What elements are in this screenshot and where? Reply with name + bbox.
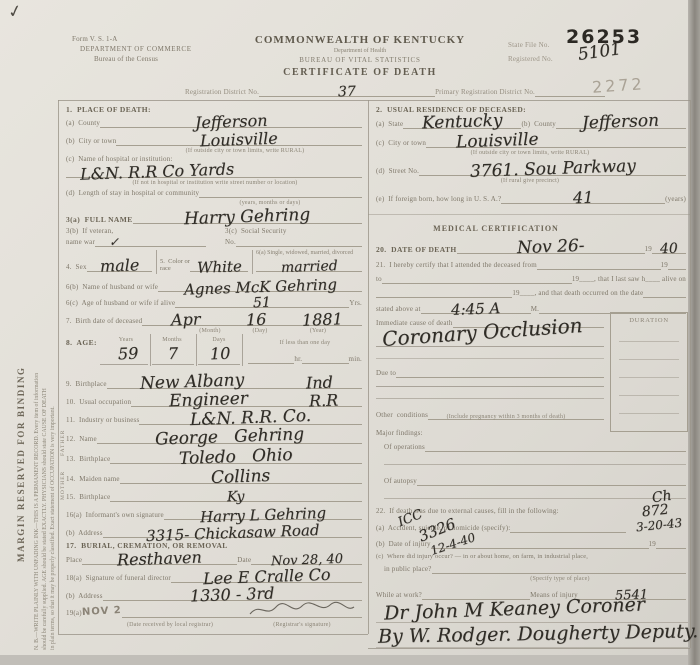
field-funeral-director: 18(a) Signature of funeral director Lee … (66, 566, 362, 583)
informant-address-label: (b) Address (66, 530, 103, 538)
registrar-signature-scribble (246, 598, 358, 620)
field-industry: 11. Industry or business L&N. R.R. Co. (66, 408, 362, 425)
color-label1: 5. Color or (160, 258, 190, 265)
field-occupation: 10. Usual occupation Engineer R.R (66, 390, 362, 407)
certify-text4: stated above at (376, 306, 421, 314)
field-operations: Of operations (384, 440, 686, 452)
reg-district-value: 37 (338, 87, 356, 99)
sex-value: male (99, 260, 139, 274)
field-city: (b) City or town Louisville (66, 130, 362, 146)
year-caption: (Year) (300, 328, 336, 334)
dept-commerce: DEPARTMENT OF COMMERCE (80, 46, 192, 54)
state-file-label: State File No. (508, 42, 550, 50)
field-autopsy: Of autopsy (384, 474, 686, 486)
occupation-label: 10. Usual occupation (66, 399, 131, 407)
medical-certification-title: MEDICAL CERTIFICATION (376, 224, 616, 233)
dod-19: 19 (645, 246, 652, 254)
file-number-handwritten: 5101 (577, 43, 622, 62)
city-value: Louisville (200, 133, 278, 149)
city-label: (b) City or town (66, 138, 116, 146)
field-mother-birthplace: 15. Birthplace Ky (66, 486, 362, 502)
father-bp-label: 13. Birthplace (66, 456, 110, 464)
hospital-value: L&N. R.R Co Yards (80, 164, 235, 182)
field-foreign-born: (e) If foreign born, how long in U. S. A… (376, 188, 686, 204)
dod-label: 20. DATE OF DEATH (376, 245, 457, 254)
spouse-age-label: 6(c) Age of husband or wife if alive (66, 300, 175, 308)
birth-day-value: 16 (246, 314, 267, 327)
field-marital: married (256, 258, 362, 272)
certify-text1: 21. I hereby certify that I attended the… (376, 262, 537, 270)
mother-bp-value: Ky (227, 492, 245, 504)
foreign-caption: (years) (665, 196, 686, 204)
birthdate-label: 7. Birth date of deceased (66, 318, 142, 326)
field-due-to: Due to (376, 366, 604, 378)
dod-year-value: 40 (660, 244, 678, 256)
color-value: White (196, 260, 241, 274)
informant-label: 16(a) Informant's own signature (66, 512, 164, 520)
birth-year-value: 1881 (302, 313, 343, 327)
operations-label: Of operations (384, 444, 425, 452)
injury-19: 19 (649, 541, 656, 549)
mother-bp-label: 15. Birthplace (66, 494, 110, 502)
res-city-value: Louisville (456, 134, 539, 150)
res-street-label: (d) Street No. (376, 168, 419, 176)
registered-no-label: Registered No. (508, 56, 553, 64)
res-street-value: 3761. Sou Parkway (469, 161, 635, 180)
received-caption: (Date received by local registrar) (100, 622, 240, 628)
dept-health: Department of Health (240, 48, 480, 54)
registration-line: Registration District No. 37 Primary Reg… (185, 84, 605, 97)
funeral-director-label: 18(a) Signature of funeral director (66, 575, 171, 583)
injury-date-label: (b) Date of injury (376, 541, 431, 549)
res-state-value: Kentucky (422, 115, 503, 131)
veteran-label2: name war (66, 239, 95, 247)
certify-text2: 19____, that I last saw h____ alive on (572, 276, 686, 284)
mother-name-label: 14. Maiden name (66, 476, 120, 484)
primary-district-label: Primary Registration District No. (435, 89, 535, 97)
form-number: Form V. S. 1-A (72, 36, 118, 44)
stay-label: (d) Length of stay in hospital or commun… (66, 190, 199, 198)
certify-line1: 21. I hereby certify that I attended the… (376, 258, 686, 270)
bureau-census: Bureau of the Census (94, 56, 158, 64)
major-findings-label: Major findings: (376, 430, 423, 438)
age-hr-label: hr. (294, 356, 302, 364)
dod-value: Nov 26- (517, 240, 585, 256)
color-label2: race (160, 265, 190, 272)
director-address-label: (b) Address (66, 593, 103, 601)
reg-district-label: Registration District No. (185, 89, 259, 97)
field-informant: 16(a) Informant's own signature Harry L … (66, 504, 362, 520)
autopsy-label: Of autopsy (384, 478, 417, 486)
marital-value: married (280, 261, 337, 274)
time-of-death-value: 4:45 A (451, 302, 501, 316)
birth-month-value: Apr (171, 314, 201, 328)
margin-binding-text: MARGIN RESERVED FOR BINDING (16, 366, 26, 562)
res-county-value: Jefferson (582, 115, 659, 131)
field-burial: Place Resthaven Date Nov 28, 40 (66, 548, 362, 565)
spouse-label: 6(b) Name of husband or wife (66, 284, 158, 292)
informant-address-value: 3315- Chickasaw Road (145, 524, 319, 542)
field-mother-name: 14. Maiden name Collins (66, 466, 362, 484)
field-age-hours: hr. min. (248, 352, 362, 364)
bureau-vital-statistics: BUREAU OF VITAL STATISTICS (240, 56, 480, 64)
industry-label: 11. Industry or business (66, 417, 139, 425)
field-ssn: No. (225, 234, 362, 247)
field-father-name: 12. Name George Gehring (66, 426, 362, 444)
duration-box: DURATION (610, 312, 688, 432)
field-stay: (d) Length of stay in hospital or commun… (66, 186, 362, 198)
father-name-label: 12. Name (66, 436, 97, 444)
registrar-caption: (Registrar's signature) (250, 622, 354, 628)
spouse-age-value: 51 (253, 298, 271, 310)
margin-note-line2: should be carefully supplied. AGE should… (42, 180, 48, 650)
field-res-city: (c) City or town Louisville (376, 131, 686, 148)
field-res-street: (d) Street No. 3761. Sou Parkway (376, 156, 686, 176)
field-spouse-age: 6(c) Age of husband or wife if alive 51 … (66, 294, 362, 308)
age-min-label: min. (349, 356, 362, 364)
field-where-injury: in public place? (384, 562, 686, 574)
marital-label: 6(a) Single, widowed, married, divorced (256, 250, 362, 257)
margin-note-line3: in plain terms, so that it may be proper… (50, 180, 56, 650)
certify-line2: to 19____, that I last saw h____ alive o… (376, 272, 686, 284)
sex-label: 4. Sex (66, 264, 87, 272)
due-to-label: Due to (376, 370, 396, 378)
field-father-birthplace: 13. Birthplace Toledo Ohio (66, 446, 362, 464)
field-birthplace: 9. Birthplace New Albany Ind (66, 372, 362, 389)
margin-note-line1: N. B.—WRITE PLAINLY WITH UNFADING INK—TH… (34, 180, 40, 650)
age-years-value: 59 (118, 348, 139, 361)
certificate-title: CERTIFICATE OF DEATH (240, 67, 480, 78)
duration-label: DURATION (611, 317, 687, 324)
res-city-label: (c) City or town (376, 140, 426, 148)
received-date-stamp: NOV 2 (82, 605, 122, 618)
day-caption: (Day) (245, 328, 275, 334)
burial-place-label: Place (66, 557, 82, 565)
full-name-value: Harry Gehring (184, 209, 311, 227)
age-years-label: Years (106, 337, 146, 343)
age-months-value: 7 (168, 348, 179, 361)
age-less-label: If less than one day (250, 340, 360, 346)
field-informant-address: (b) Address 3315- Chickasaw Road (66, 522, 362, 538)
res-street-caption: (If rural give precinct) (430, 178, 630, 184)
while-at-work-label: While at work? (376, 592, 422, 600)
full-name-label: 3(a) FULL NAME (66, 215, 133, 224)
field-full-name: 3(a) FULL NAME Harry Gehring (66, 206, 362, 224)
where-injury-label1: (c) Where did injury occur? — in or abou… (376, 554, 588, 561)
res-state-label: (a) State (376, 121, 403, 129)
commonwealth-title: COMMONWEALTH OF KENTUCKY (240, 34, 480, 46)
burial-date-label: Date (237, 557, 251, 565)
field-color-race: 5. Color orrace White (160, 252, 248, 272)
field-date-of-death: 20. DATE OF DEATH Nov 26- 19 40 (376, 236, 686, 254)
field-veteran: name war ✓ (66, 234, 206, 247)
coroner-signature-line2: By W. Rodger. Dougherty Deputy. (378, 624, 698, 645)
foreign-label: (e) If foreign born, how long in U. S. A… (376, 196, 501, 204)
time-m-label: M. (531, 306, 539, 314)
death-certificate-scan: ✓ MARGIN RESERVED FOR BINDING N. B.—WRIT… (0, 0, 700, 665)
where-injury-caption: (Specify type of place) (480, 576, 640, 582)
spouse-age-unit: Yrs. (349, 300, 362, 308)
field-res-state-county: (a) State Kentucky (b) County Jefferson (376, 112, 686, 129)
where-injury-label2: in public place? (384, 566, 432, 574)
county-value: Jefferson (195, 115, 268, 130)
field-hospital: L&N. R.R Co Yards (66, 160, 362, 178)
veteran-check: ✓ (109, 238, 119, 248)
field-birthdate: 7. Birth date of deceased Apr 16 1881 (66, 310, 362, 326)
certify-19a: 19 (661, 262, 668, 270)
mother-name-value: Collins (211, 470, 271, 486)
age-days-value: 10 (210, 348, 231, 361)
foreign-value: 41 (573, 192, 594, 205)
scan-bottom-edge (0, 655, 688, 665)
city-caption: (If outside city or town limits, write R… (130, 148, 360, 154)
birthplace-label: 9. Birthplace (66, 381, 107, 389)
county-label: (a) County (66, 120, 100, 128)
other-conditions-caption: (Include pregnancy within 3 months of de… (416, 414, 596, 420)
age-months-label: Months (152, 337, 192, 343)
res-county-label: (b) County (521, 121, 555, 129)
field-injury-date: (b) Date of injury 19 (376, 536, 686, 549)
age-days-label: Days (200, 337, 238, 343)
ssn-label2: No. (225, 239, 236, 247)
age-title: 8. AGE: (66, 338, 97, 347)
field-county: (a) County Jefferson (66, 112, 362, 128)
field-sex: 4. Sex male (66, 252, 152, 272)
received-label: 19(a) (66, 610, 82, 618)
field-spouse: 6(b) Name of husband or wife Agnes McK G… (66, 276, 362, 292)
